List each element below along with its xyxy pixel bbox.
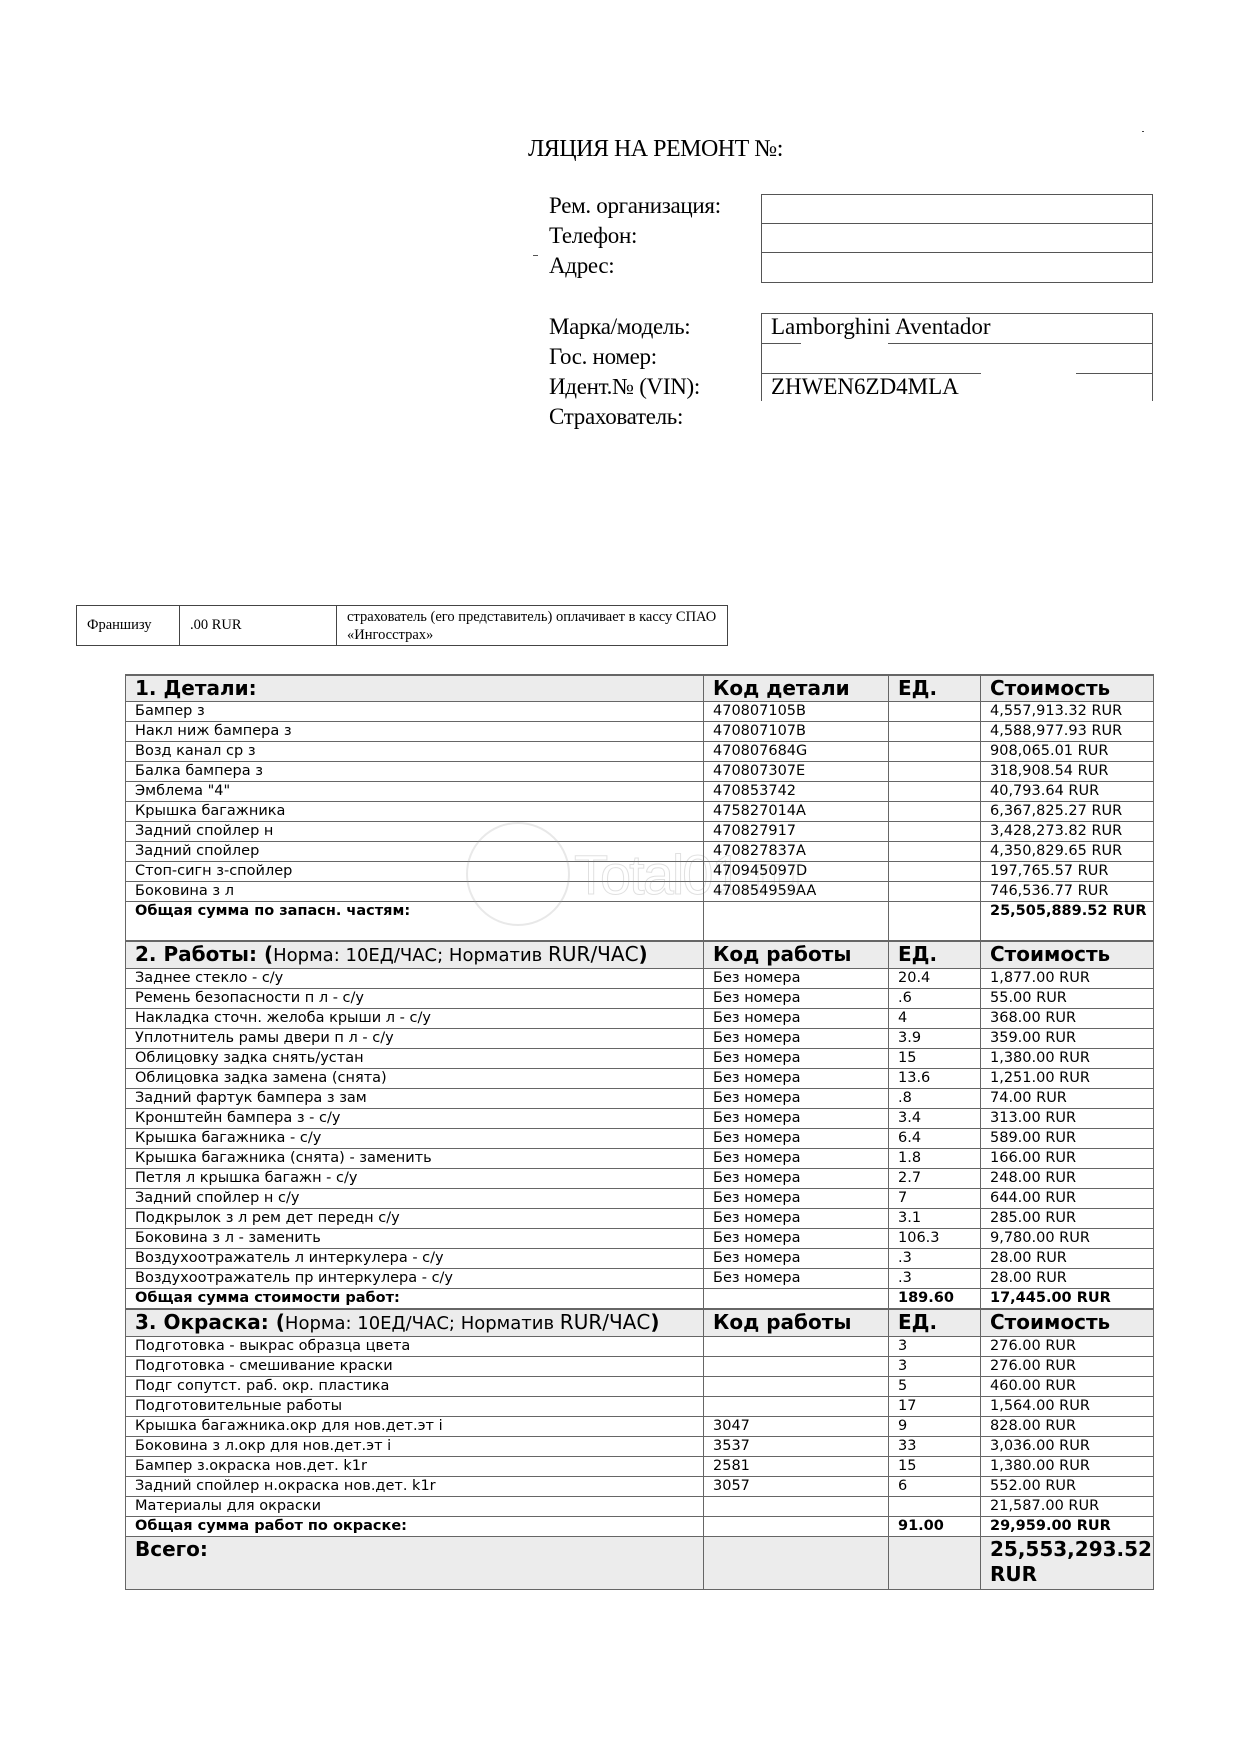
item-name: Крышка багажника (снята) - заменить <box>126 1149 704 1169</box>
item-name: Накладка сточн. желоба крыши л - с/у <box>126 1009 704 1029</box>
total-code <box>704 1289 889 1310</box>
parts-units-header: ЕД. <box>889 675 981 702</box>
franchise-note: страхователь (его представитель) оплачив… <box>337 606 728 646</box>
item-name: Стоп-сигн з-спойлер <box>126 862 704 882</box>
item-units <box>889 822 981 842</box>
table-row: Боковина з л - заменитьБез номера106.39,… <box>126 1229 1154 1249</box>
labor-cost-header: Стоимость <box>981 941 1154 969</box>
item-units: 7 <box>889 1189 981 1209</box>
item-name: Подготовка - выкрас образца цвета <box>126 1337 704 1357</box>
label-insured: Страхователь: <box>549 404 683 430</box>
table-row: Материалы для окраски21,587.00 RUR <box>126 1497 1154 1517</box>
item-code: Без номера <box>704 989 889 1009</box>
paint-total-row: Общая сумма работ по окраске:91.0029,959… <box>126 1517 1154 1537</box>
item-units: .3 <box>889 1269 981 1289</box>
item-units: 1.8 <box>889 1149 981 1169</box>
item-cost: 4,557,913.32 RUR <box>981 702 1154 722</box>
item-code: Без номера <box>704 1229 889 1249</box>
item-name: Подг сопутст. раб. окр. пластика <box>126 1377 704 1397</box>
item-name: Эмблема "4" <box>126 782 704 802</box>
table-row: Задний спойлер н с/уБез номера7644.00 RU… <box>126 1189 1154 1209</box>
item-code: 470827837A <box>704 842 889 862</box>
grand-total-code <box>704 1537 889 1590</box>
item-units <box>889 1497 981 1517</box>
total-units: 91.00 <box>889 1517 981 1537</box>
item-name: Накл ниж бампера з <box>126 722 704 742</box>
item-cost: 828.00 RUR <box>981 1417 1154 1437</box>
table-row: Подготовка - смешивание краски3276.00 RU… <box>126 1357 1154 1377</box>
table-row: Крышка багажника.окр для нов.дет.эт i304… <box>126 1417 1154 1437</box>
item-name: Боковина з л.окр для нов.дет.эт i <box>126 1437 704 1457</box>
parts-section-title: 1. Детали: <box>126 675 704 702</box>
table-row: Облицовка задка замена (снята)Без номера… <box>126 1069 1154 1089</box>
item-code <box>704 1497 889 1517</box>
item-units <box>889 722 981 742</box>
item-units: 17 <box>889 1397 981 1417</box>
item-cost: 1,251.00 RUR <box>981 1069 1154 1089</box>
table-row: Балка бампера з470807307E318,908.54 RUR <box>126 762 1154 782</box>
label-vin: Идент.№ (VIN): <box>549 374 700 400</box>
item-code: 475827014A <box>704 802 889 822</box>
field-border <box>1152 343 1153 401</box>
item-units: .3 <box>889 1249 981 1269</box>
item-units: 13.6 <box>889 1069 981 1089</box>
table-row: Облицовку задка снять/устанБез номера151… <box>126 1049 1154 1069</box>
paint-header-norm: Норма: 10ЕД/ЧАС; Норматив <box>285 1313 560 1334</box>
item-units <box>889 782 981 802</box>
table-row: Петля л крышка багажн - с/уБез номера2.7… <box>126 1169 1154 1189</box>
label-make-model: Марка/модель: <box>549 314 690 340</box>
item-code: 470807684G <box>704 742 889 762</box>
item-name: Задний спойлер <box>126 842 704 862</box>
item-cost: 589.00 RUR <box>981 1129 1154 1149</box>
total-cost: 17,445.00 RUR <box>981 1289 1154 1310</box>
item-units: 2.7 <box>889 1169 981 1189</box>
item-code: Без номера <box>704 1189 889 1209</box>
item-name: Облицовку задка снять/устан <box>126 1049 704 1069</box>
labor-header-norm: Норма: 10ЕД/ЧАС; Норматив <box>273 945 548 966</box>
item-name: Петля л крышка багажн - с/у <box>126 1169 704 1189</box>
total-cost: 25,505,889.52 RUR <box>981 902 1154 942</box>
labor-header-close: ) <box>639 942 648 966</box>
item-code: 470945097D <box>704 862 889 882</box>
item-units: 3 <box>889 1357 981 1377</box>
item-code: Без номера <box>704 1169 889 1189</box>
item-units: 3.1 <box>889 1209 981 1229</box>
item-units: 5 <box>889 1377 981 1397</box>
item-cost: 40,793.64 RUR <box>981 782 1154 802</box>
field-border <box>761 343 762 401</box>
item-cost: 6,367,825.27 RUR <box>981 802 1154 822</box>
item-units: .8 <box>889 1089 981 1109</box>
total-units: 189.60 <box>889 1289 981 1310</box>
item-name: Ремень безопасности п л - с/у <box>126 989 704 1009</box>
paint-cost-header: Стоимость <box>981 1309 1154 1337</box>
total-units <box>889 902 981 942</box>
item-units <box>889 802 981 822</box>
item-name: Заднее стекло - с/у <box>126 969 704 989</box>
item-name: Уплотнитель рамы двери п л - с/у <box>126 1029 704 1049</box>
item-code: Без номера <box>704 1069 889 1089</box>
table-row: Подкрылок з л рем дет передн с/уБез номе… <box>126 1209 1154 1229</box>
item-cost: 908,065.01 RUR <box>981 742 1154 762</box>
item-cost: 9,780.00 RUR <box>981 1229 1154 1249</box>
item-code: Без номера <box>704 1029 889 1049</box>
item-units: 15 <box>889 1049 981 1069</box>
labor-code-header: Код работы <box>704 941 889 969</box>
estimate-table: 1. Детали:Код деталиЕД.СтоимостьБампер з… <box>125 674 1154 1590</box>
item-units: 3 <box>889 1337 981 1357</box>
total-code <box>704 1517 889 1537</box>
item-units: 6.4 <box>889 1129 981 1149</box>
item-cost: 276.00 RUR <box>981 1357 1154 1377</box>
item-name: Возд канал ср з <box>126 742 704 762</box>
franchise-label: Франшизу <box>77 606 180 646</box>
item-name: Крышка багажника.окр для нов.дет.эт i <box>126 1417 704 1437</box>
item-name: Кронштейн бампера з - с/у <box>126 1109 704 1129</box>
table-row: Подготовительные работы171,564.00 RUR <box>126 1397 1154 1417</box>
paint-code-header: Код работы <box>704 1309 889 1337</box>
parts-cost-header: Стоимость <box>981 675 1154 702</box>
item-units: 33 <box>889 1437 981 1457</box>
item-code <box>704 1377 889 1397</box>
labor-section-title: 2. Работы: (Норма: 10ЕД/ЧАС; Норматив RU… <box>126 941 704 969</box>
item-cost: 197,765.57 RUR <box>981 862 1154 882</box>
item-code <box>704 1357 889 1377</box>
item-name: Задний спойлер н.окраска нов.дет. k1r <box>126 1477 704 1497</box>
grand-total-cost: 25,553,293.52 RUR <box>981 1537 1154 1590</box>
item-units: .6 <box>889 989 981 1009</box>
franchise-amount: .00 RUR <box>180 606 337 646</box>
labor-units-header: ЕД. <box>889 941 981 969</box>
item-cost: 21,587.00 RUR <box>981 1497 1154 1517</box>
parts-code-header: Код детали <box>704 675 889 702</box>
item-units <box>889 702 981 722</box>
item-cost: 276.00 RUR <box>981 1337 1154 1357</box>
item-cost: 166.00 RUR <box>981 1149 1154 1169</box>
labor-total-row: Общая сумма стоимости работ:189.6017,445… <box>126 1289 1154 1310</box>
field-border <box>761 343 801 344</box>
item-cost: 248.00 RUR <box>981 1169 1154 1189</box>
item-units: 9 <box>889 1417 981 1437</box>
item-name: Задний спойлер н с/у <box>126 1189 704 1209</box>
item-units: 4 <box>889 1009 981 1029</box>
item-name: Материалы для окраски <box>126 1497 704 1517</box>
item-code: 3047 <box>704 1417 889 1437</box>
label-repair-org: Рем. организация: <box>549 193 721 219</box>
total-label: Общая сумма стоимости работ: <box>126 1289 704 1310</box>
table-row: Задний спойлер470827837A4,350,829.65 RUR <box>126 842 1154 862</box>
item-code: Без номера <box>704 969 889 989</box>
item-cost: 74.00 RUR <box>981 1089 1154 1109</box>
table-row: Воздухоотражатель л интеркулера - с/уБез… <box>126 1249 1154 1269</box>
table-row: Кронштейн бампера з - с/уБез номера3.431… <box>126 1109 1154 1129</box>
item-units: 6 <box>889 1477 981 1497</box>
franchise-table: Франшизу .00 RUR страхователь (его предс… <box>76 605 728 646</box>
item-code <box>704 1397 889 1417</box>
item-code: Без номера <box>704 1269 889 1289</box>
table-row: Уплотнитель рамы двери п л - с/уБез номе… <box>126 1029 1154 1049</box>
label-phone: Телефон: <box>549 223 637 249</box>
table-row: Воздухоотражатель пр интеркулера - с/уБе… <box>126 1269 1154 1289</box>
table-row: Эмблема "4"47085374240,793.64 RUR <box>126 782 1154 802</box>
item-name: Воздухоотражатель л интеркулера - с/у <box>126 1249 704 1269</box>
item-name: Боковина з л <box>126 882 704 902</box>
item-code <box>704 1337 889 1357</box>
table-row: Подготовка - выкрас образца цвета3276.00… <box>126 1337 1154 1357</box>
labor-header-rate: RUR/ЧАС <box>548 942 639 966</box>
table-row: Крышка багажника475827014A6,367,825.27 R… <box>126 802 1154 822</box>
item-name: Подготовительные работы <box>126 1397 704 1417</box>
table-row: Задний фартук бампера з замБез номера.87… <box>126 1089 1154 1109</box>
table-row: Стоп-сигн з-спойлер470945097D197,765.57 … <box>126 862 1154 882</box>
item-cost: 318,908.54 RUR <box>981 762 1154 782</box>
labor-header-row: 2. Работы: (Норма: 10ЕД/ЧАС; Норматив RU… <box>126 941 1154 969</box>
item-name: Бампер з.окраска нов.дет. k1r <box>126 1457 704 1477</box>
repair-org-field[interactable] <box>761 194 1153 224</box>
item-name: Задний спойлер н <box>126 822 704 842</box>
table-row: Накл ниж бампера з470807107B4,588,977.93… <box>126 722 1154 742</box>
item-code: Без номера <box>704 1009 889 1029</box>
item-code: Без номера <box>704 1249 889 1269</box>
item-name: Балка бампера з <box>126 762 704 782</box>
total-cost: 29,959.00 RUR <box>981 1517 1154 1537</box>
item-cost: 1,380.00 RUR <box>981 1049 1154 1069</box>
table-row: Ремень безопасности п л - с/уБез номера.… <box>126 989 1154 1009</box>
item-cost: 460.00 RUR <box>981 1377 1154 1397</box>
table-row: Задний спойлер н.окраска нов.дет. k1r305… <box>126 1477 1154 1497</box>
item-units: 3.4 <box>889 1109 981 1129</box>
table-row: Крышка багажника - с/уБез номера6.4589.0… <box>126 1129 1154 1149</box>
item-name: Крышка багажника <box>126 802 704 822</box>
field-border <box>1076 373 1153 374</box>
item-cost: 1,380.00 RUR <box>981 1457 1154 1477</box>
item-cost: 28.00 RUR <box>981 1249 1154 1269</box>
item-cost: 644.00 RUR <box>981 1189 1154 1209</box>
item-cost: 4,350,829.65 RUR <box>981 842 1154 862</box>
item-code: 3057 <box>704 1477 889 1497</box>
table-row: Заднее стекло - с/уБез номера20.41,877.0… <box>126 969 1154 989</box>
item-units: 3.9 <box>889 1029 981 1049</box>
item-cost: 4,588,977.93 RUR <box>981 722 1154 742</box>
item-units <box>889 882 981 902</box>
item-units: 20.4 <box>889 969 981 989</box>
item-code: 470807105B <box>704 702 889 722</box>
table-row: Подг сопутст. раб. окр. пластика5460.00 … <box>126 1377 1154 1397</box>
item-name: Подкрылок з л рем дет передн с/у <box>126 1209 704 1229</box>
paint-header-rate: RUR/ЧАС <box>560 1310 651 1334</box>
item-code: 470807307E <box>704 762 889 782</box>
item-cost: 1,877.00 RUR <box>981 969 1154 989</box>
item-code: 470827917 <box>704 822 889 842</box>
item-name: Крышка багажника - с/у <box>126 1129 704 1149</box>
item-units <box>889 862 981 882</box>
item-cost: 28.00 RUR <box>981 1269 1154 1289</box>
item-cost: 359.00 RUR <box>981 1029 1154 1049</box>
item-code: 2581 <box>704 1457 889 1477</box>
item-code: Без номера <box>704 1109 889 1129</box>
paint-units-header: ЕД. <box>889 1309 981 1337</box>
item-cost: 368.00 RUR <box>981 1009 1154 1029</box>
table-row: Бампер з.окраска нов.дет. k1r2581151,380… <box>126 1457 1154 1477</box>
vin-value: ZHWEN6ZD4MLA <box>771 374 959 400</box>
paint-header-close: ) <box>650 1310 659 1334</box>
parts-header-row: 1. Детали:Код деталиЕД.Стоимость <box>126 675 1154 702</box>
parts-total-row: Общая сумма по запасн. частям:25,505,889… <box>126 902 1154 942</box>
table-row: Задний спойлер н4708279173,428,273.82 RU… <box>126 822 1154 842</box>
labor-header-title: 2. Работы: ( <box>135 942 273 966</box>
table-row: Боковина з л.окр для нов.дет.эт i3537333… <box>126 1437 1154 1457</box>
item-code: Без номера <box>704 1129 889 1149</box>
phone-field[interactable] <box>761 224 1153 253</box>
item-name: Бампер з <box>126 702 704 722</box>
item-cost: 55.00 RUR <box>981 989 1154 1009</box>
table-row: Бампер з470807105B4,557,913.32 RUR <box>126 702 1154 722</box>
label-address: Адрес: <box>549 253 614 279</box>
item-code: Без номера <box>704 1089 889 1109</box>
item-code: 3537 <box>704 1437 889 1457</box>
table-row: Боковина з л470854959AA746,536.77 RUR <box>126 882 1154 902</box>
item-code: Без номера <box>704 1149 889 1169</box>
table-row: Возд канал ср з470807684G908,065.01 RUR <box>126 742 1154 762</box>
total-code <box>704 902 889 942</box>
item-code: 470854959AA <box>704 882 889 902</box>
table-row: Крышка багажника (снята) - заменитьБез н… <box>126 1149 1154 1169</box>
item-code: Без номера <box>704 1049 889 1069</box>
item-code: Без номера <box>704 1209 889 1229</box>
item-units <box>889 762 981 782</box>
document-title: ЛЯЦИЯ НА РЕМОНТ №: <box>528 136 783 163</box>
item-code: 470853742 <box>704 782 889 802</box>
corner-mark <box>1142 131 1144 132</box>
total-label: Общая сумма работ по окраске: <box>126 1517 704 1537</box>
stray-mark <box>533 255 538 256</box>
make-model-value: Lamborghini Aventador <box>771 314 991 340</box>
total-label: Общая сумма по запасн. частям: <box>126 902 704 942</box>
paint-section-title: 3. Окраска: (Норма: 10ЕД/ЧАС; Норматив R… <box>126 1309 704 1337</box>
grand-total-label: Всего: <box>126 1537 704 1590</box>
item-cost: 746,536.77 RUR <box>981 882 1154 902</box>
item-cost: 313.00 RUR <box>981 1109 1154 1129</box>
table-row: Накладка сточн. желоба крыши л - с/уБез … <box>126 1009 1154 1029</box>
item-cost: 3,036.00 RUR <box>981 1437 1154 1457</box>
item-cost: 285.00 RUR <box>981 1209 1154 1229</box>
label-plate: Гос. номер: <box>549 344 657 370</box>
item-name: Боковина з л - заменить <box>126 1229 704 1249</box>
item-name: Задний фартук бампера з зам <box>126 1089 704 1109</box>
item-name: Облицовка задка замена (снята) <box>126 1069 704 1089</box>
grand-total-units <box>889 1537 981 1590</box>
item-units: 106.3 <box>889 1229 981 1249</box>
item-name: Подготовка - смешивание краски <box>126 1357 704 1377</box>
item-name: Воздухоотражатель пр интеркулера - с/у <box>126 1269 704 1289</box>
item-cost: 552.00 RUR <box>981 1477 1154 1497</box>
grand-total-row: Всего:25,553,293.52 RUR <box>126 1537 1154 1590</box>
item-code: 470807107B <box>704 722 889 742</box>
item-cost: 3,428,273.82 RUR <box>981 822 1154 842</box>
item-units <box>889 842 981 862</box>
address-field[interactable] <box>761 253 1153 283</box>
item-cost: 1,564.00 RUR <box>981 1397 1154 1417</box>
field-border <box>888 343 1153 344</box>
item-units <box>889 742 981 762</box>
paint-header-row: 3. Окраска: (Норма: 10ЕД/ЧАС; Норматив R… <box>126 1309 1154 1337</box>
paint-header-title: 3. Окраска: ( <box>135 1310 285 1334</box>
item-units: 15 <box>889 1457 981 1477</box>
